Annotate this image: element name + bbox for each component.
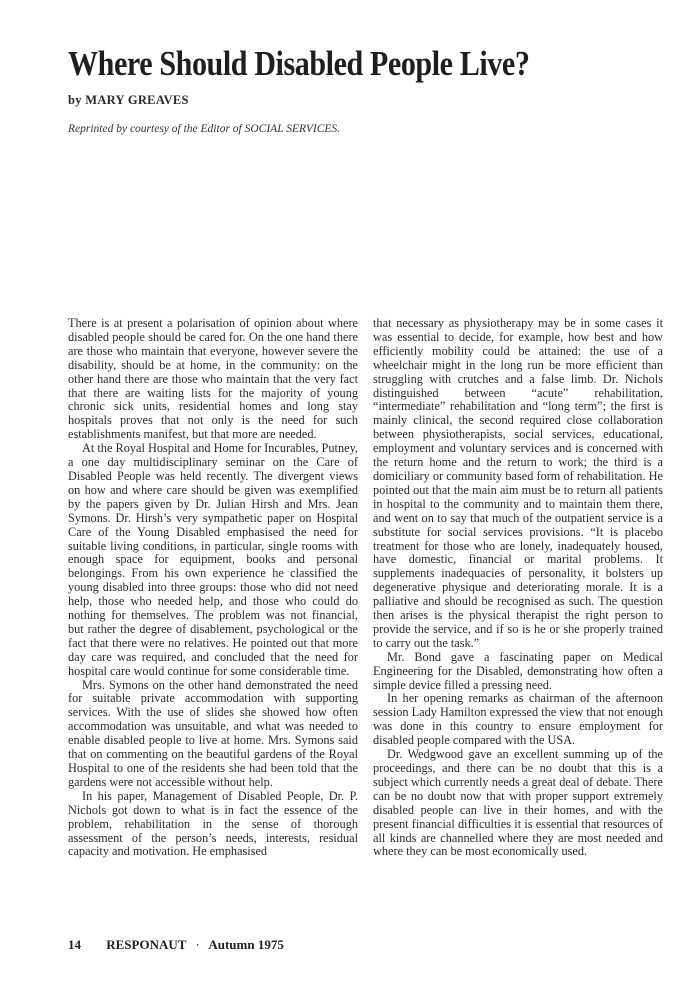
right-column: that necessary as physiotherapy may be i…	[373, 317, 663, 859]
publication-name: RESPONAUT	[106, 937, 186, 952]
page-footer: 14 RESPONAUT · Autumn 1975	[68, 937, 284, 953]
page-number: 14	[68, 937, 81, 952]
left-column: There is at present a polarisation of op…	[68, 317, 358, 859]
paragraph: In her opening remarks as chairman of th…	[373, 692, 663, 748]
paragraph: There is at present a polarisation of op…	[68, 317, 358, 442]
issue-date: Autumn 1975	[208, 937, 284, 952]
paragraph: Dr. Wedgwood gave an excellent summing u…	[373, 748, 663, 859]
article-title: Where Should Disabled People Live?	[68, 44, 529, 84]
paragraph: that necessary as physiotherapy may be i…	[373, 317, 663, 651]
paragraph: Mr. Bond gave a fascinating paper on Med…	[373, 651, 663, 693]
paragraph: At the Royal Hospital and Home for Incur…	[68, 442, 358, 678]
reprint-note: Reprinted by courtesy of the Editor of S…	[68, 123, 340, 135]
paragraph: In his paper, Management of Disabled Peo…	[68, 790, 358, 860]
paragraph: Mrs. Symons on the other hand demonstrat…	[68, 679, 358, 790]
author-byline: by MARY GREAVES	[68, 93, 189, 108]
footer-separator: ·	[195, 937, 199, 952]
